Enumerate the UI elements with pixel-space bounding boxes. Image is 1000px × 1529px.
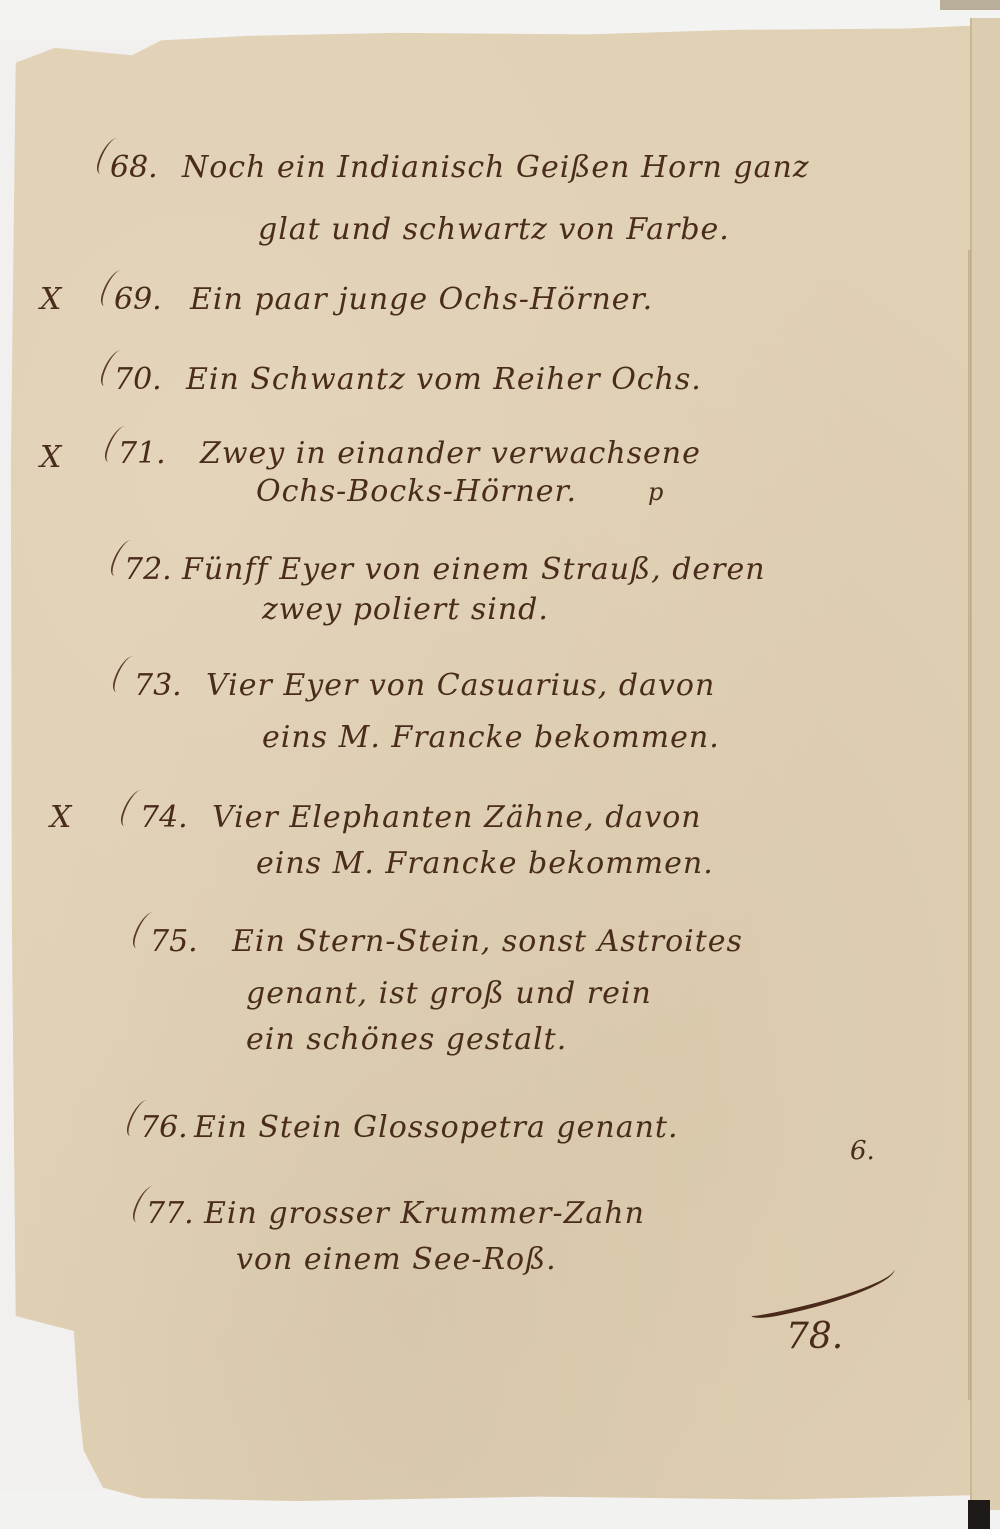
- entry-number-76: 76.: [140, 1110, 188, 1145]
- entry-77-line-1: Ein grosser Krummer-Zahn: [204, 1196, 645, 1231]
- entry-73-line-2: eins M. Francke bekommen.: [262, 720, 720, 755]
- cross-mark: X: [40, 440, 61, 475]
- final-entry-number: 78.: [786, 1316, 843, 1357]
- entry-73-line-1: Vier Eyer von Casuarius, davon: [206, 668, 715, 703]
- entry-70-line-1: Ein Schwantz vom Reiher Ochs.: [186, 362, 702, 397]
- entry-68-line-1: Noch ein Indianisch Geißen Horn ganz: [182, 150, 810, 185]
- entry-68-line-2: glat und schwartz von Farbe.: [258, 212, 730, 247]
- adjacent-page-strip: [970, 18, 1000, 1510]
- entry-number-71: 71.: [118, 436, 166, 471]
- entry-72-line-2: zwey poliert sind.: [262, 592, 549, 627]
- entry-71-trailing-mark: p: [648, 478, 663, 506]
- binding-strip: [968, 1500, 990, 1529]
- cross-mark: X: [50, 800, 71, 835]
- entry-72-line-1: Fünff Eyer von einem Strauß, deren: [182, 552, 766, 587]
- entry-number-69: 69.: [114, 282, 162, 317]
- entry-74-line-1: Vier Elephanten Zähne, davon: [212, 800, 702, 835]
- page-fold-line: [968, 250, 971, 1400]
- entry-number-74: 74.: [140, 800, 188, 835]
- entry-75-line-2: genant, ist groß und rein: [246, 976, 652, 1011]
- entry-74-line-2: eins M. Francke bekommen.: [256, 846, 714, 881]
- entry-number-68: 68.: [110, 150, 158, 185]
- entry-76-trailing-mark: 6.: [850, 1136, 875, 1166]
- adjacent-page-edge-top: [940, 0, 1000, 10]
- entry-75-line-3: ein schönes gestalt.: [246, 1022, 567, 1057]
- entry-number-77: 77.: [146, 1196, 194, 1231]
- entry-number-73: 73.: [134, 668, 182, 703]
- entry-76-line-1: Ein Stein Glossopetra genant.: [194, 1110, 679, 1145]
- entry-71-line-2: Ochs-Bocks-Hörner.: [256, 474, 577, 509]
- entry-number-72: 72.: [124, 552, 172, 587]
- entry-number-70: 70.: [114, 362, 162, 397]
- entry-69-line-1: Ein paar junge Ochs-Hörner.: [190, 282, 653, 317]
- entry-75-line-1: Ein Stern-Stein, sonst Astroites: [232, 924, 743, 959]
- entry-71-line-1: Zwey in einander verwachsene: [200, 436, 701, 471]
- entry-number-75: 75.: [150, 924, 198, 959]
- cross-mark: X: [40, 282, 61, 317]
- entry-77-line-2: von einem See-Roß.: [236, 1242, 557, 1277]
